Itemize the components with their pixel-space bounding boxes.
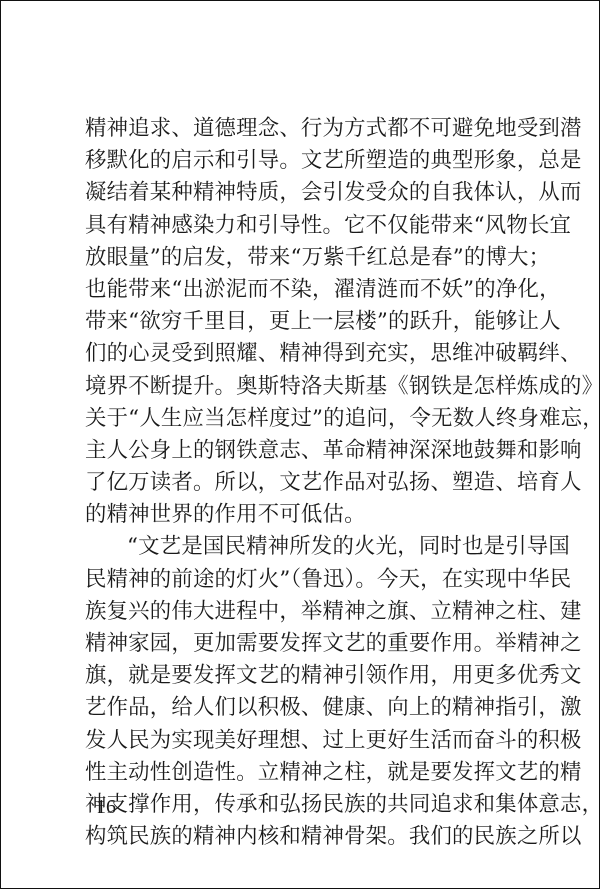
text-line: 放眼量”的启发，带来“万紫千红总是春”的博大； <box>85 242 531 274</box>
text-line: 境界不断提升。奥斯特洛夫斯基《钢铁是怎样炼成的》 <box>85 371 531 403</box>
text-line: 构筑民族的精神内核和精神骨架。我们的民族之所以 <box>85 821 531 853</box>
text-line: 关于“人生应当怎样度过”的追问，令无数人终身难忘， <box>85 403 531 435</box>
text-line: 具有精神感染力和引导性。它不仅能带来“风物长宜 <box>85 210 531 242</box>
text-line: 性主动性创造性。立精神之柱，就是要发挥文艺的精 <box>85 757 531 789</box>
text-line: 也能带来“出淤泥而不染，濯清涟而不妖”的净化， <box>85 274 531 306</box>
text-line: 族复兴的伟大进程中，举精神之旗、立精神之柱、建 <box>85 596 531 628</box>
text-line: 了亿万读者。所以，文艺作品对弘扬、塑造、培育人 <box>85 467 531 499</box>
text-line: 民精神的前途的灯火”（鲁迅）。今天，在实现中华民 <box>85 564 531 596</box>
text-line: 们的心灵受到照耀、精神得到充实，思维冲破羁绊、 <box>85 338 531 370</box>
text-line: 精神追求、道德理念、行为方式都不可避免地受到潜 <box>85 113 531 145</box>
text-line: “文艺是国民精神所发的火光，同时也是引导国 <box>85 531 531 563</box>
text-line: 的精神世界的作用不可低估。 <box>85 499 531 531</box>
text-line: 带来“欲穷千里目，更上一层楼”的跃升，能够让人 <box>85 306 531 338</box>
book-page: 精神追求、道德理念、行为方式都不可避免地受到潜 移默化的启示和引导。文艺所塑造的… <box>0 0 600 889</box>
body-text: 精神追求、道德理念、行为方式都不可避免地受到潜 移默化的启示和引导。文艺所塑造的… <box>85 113 531 853</box>
text-line: 旗，就是要发挥文艺的精神引领作用，用更多优秀文 <box>85 660 531 692</box>
text-line: 凝结着某种精神特质，会引发受众的自我体认，从而 <box>85 177 531 209</box>
page-number: 16 <box>96 796 116 819</box>
text-line: 精神家园，更加需要发挥文艺的重要作用。举精神之 <box>85 628 531 660</box>
text-line: 移默化的启示和引导。文艺所塑造的典型形象，总是 <box>85 145 531 177</box>
text-line: 主人公身上的钢铁意志、革命精神深深地鼓舞和影响 <box>85 435 531 467</box>
text-line: 神支撑作用，传承和弘扬民族的共同追求和集体意志， <box>85 789 531 821</box>
text-line: 艺作品，给人们以积极、健康、向上的精神指引，激 <box>85 692 531 724</box>
text-line: 发人民为实现美好理想、过上更好生活而奋斗的积极 <box>85 725 531 757</box>
